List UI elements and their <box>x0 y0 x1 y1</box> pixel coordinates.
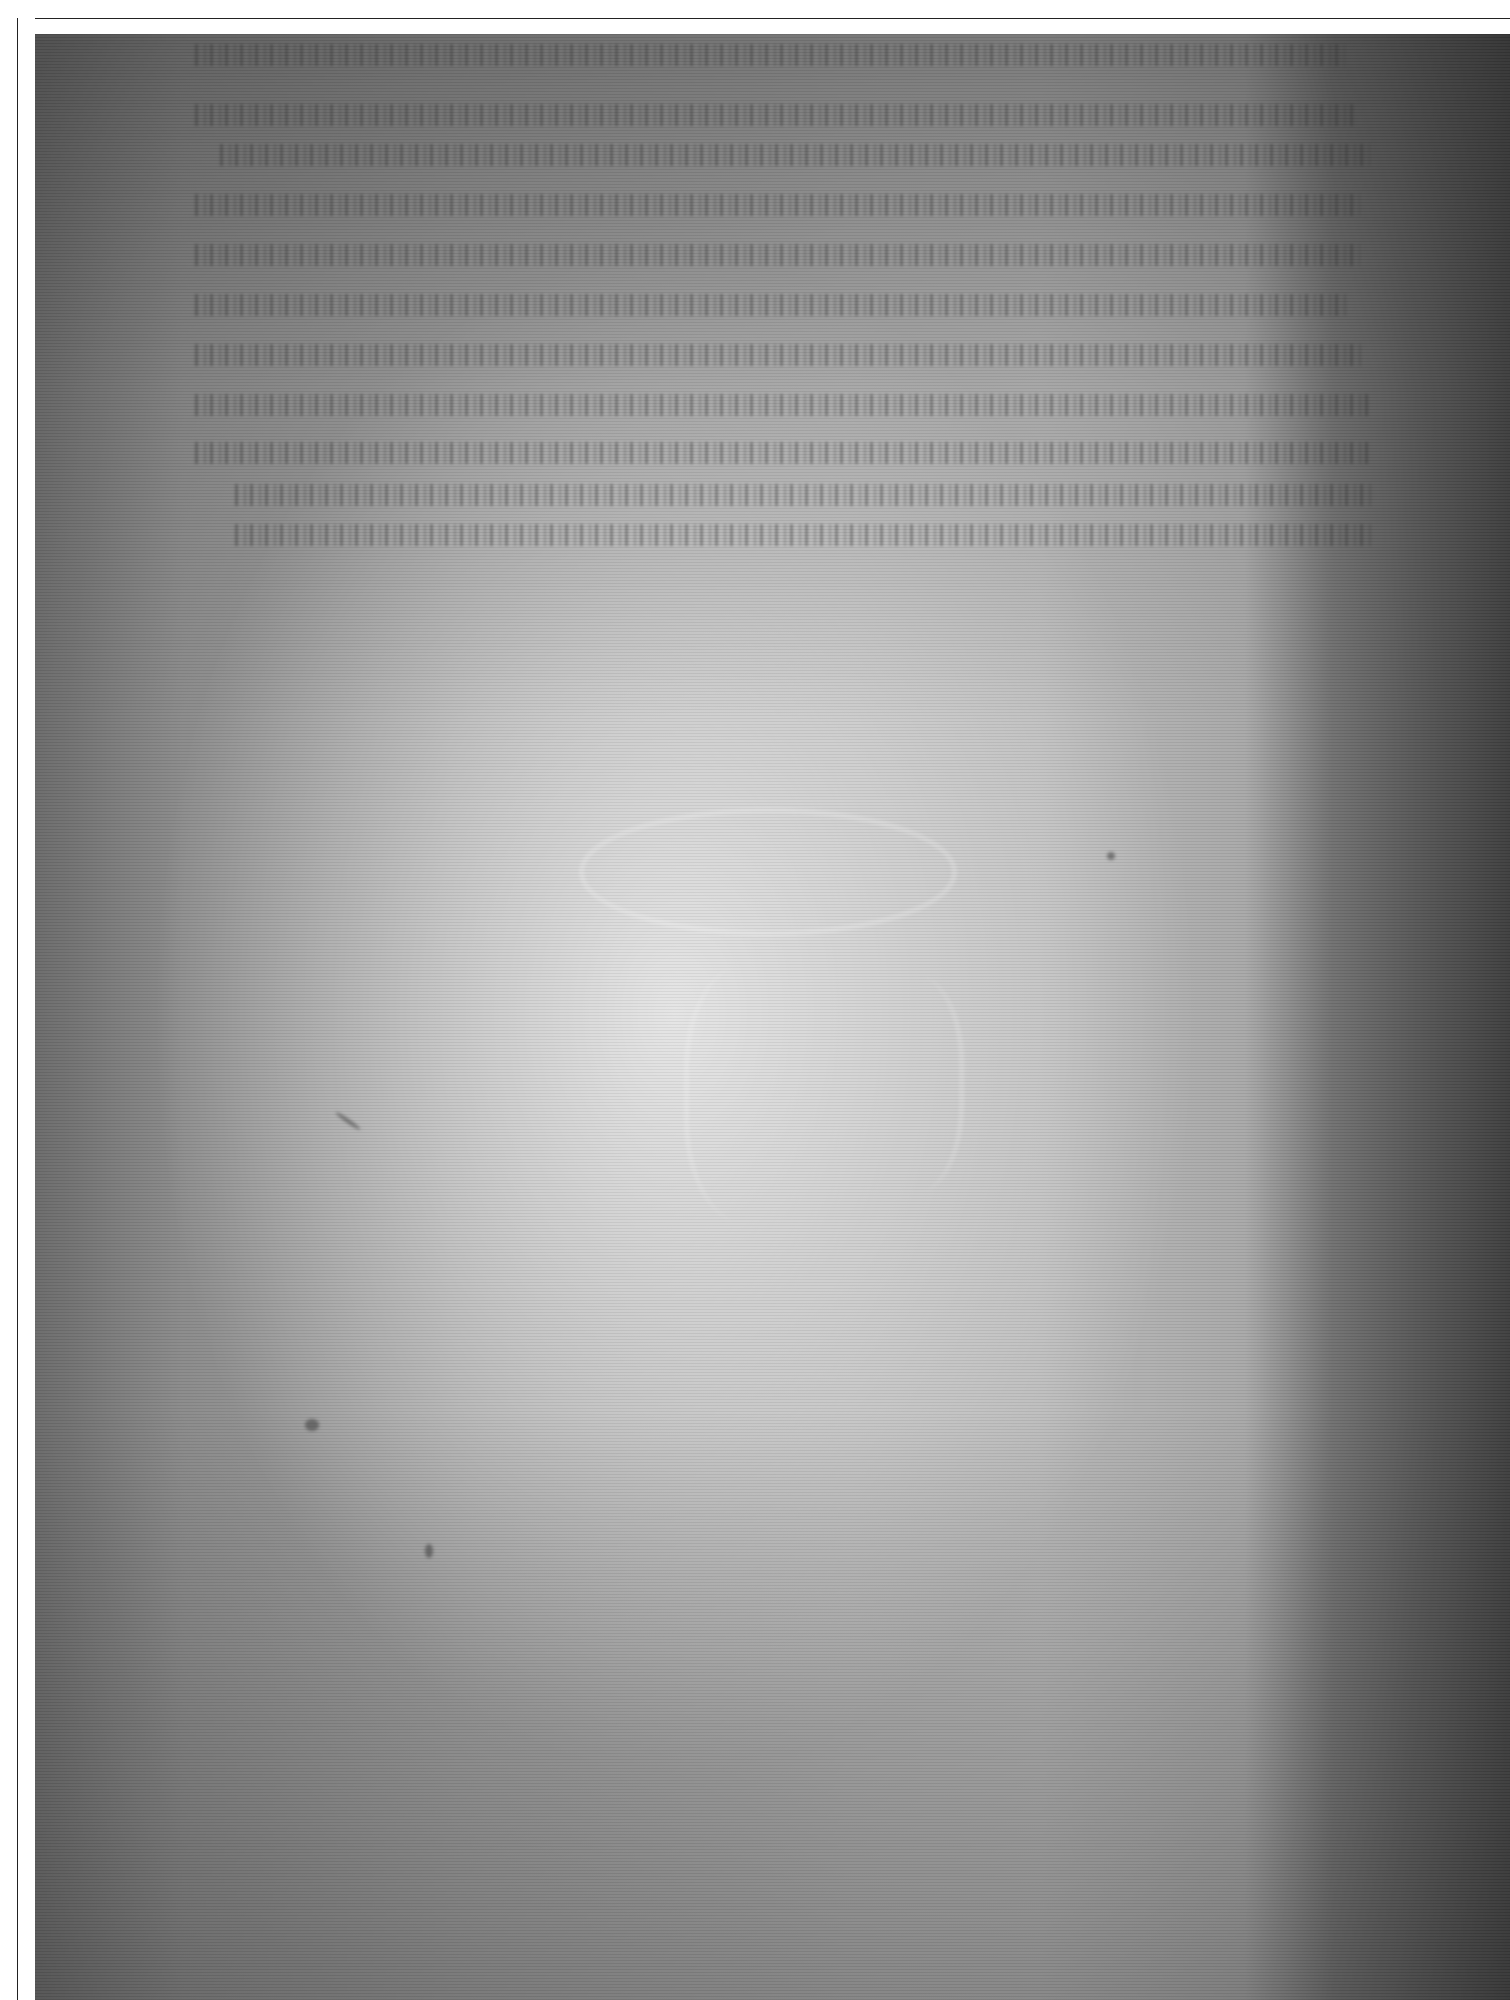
manuscript-line-6 <box>195 294 1350 316</box>
ruler-top-edge <box>17 18 1510 19</box>
manuscript-line-7 <box>195 344 1365 366</box>
ruler-left-edge <box>17 18 18 2000</box>
watermark-stem-right <box>840 974 963 1194</box>
manuscript-line-10 <box>235 484 1375 506</box>
manuscript-line-4 <box>195 194 1360 216</box>
manuscript-line-2 <box>195 104 1355 126</box>
manuscript-line-11 <box>235 524 1375 546</box>
manuscript-line-3 <box>220 144 1370 166</box>
ink-spot <box>1107 852 1115 860</box>
ink-spot <box>305 1419 319 1431</box>
watermark-oval <box>580 809 956 935</box>
manuscript-scan-image <box>35 34 1510 2000</box>
watermark-stem-left <box>685 964 838 1224</box>
manuscript-line-5 <box>195 244 1360 266</box>
ink-spot <box>425 1544 433 1558</box>
manuscript-line-8 <box>195 394 1370 416</box>
ruler-top <box>0 0 1510 34</box>
manuscript-line-1 <box>195 44 1345 66</box>
manuscript-line-9 <box>195 442 1370 464</box>
ink-spot <box>335 1111 362 1131</box>
ruler-left <box>0 0 35 2000</box>
